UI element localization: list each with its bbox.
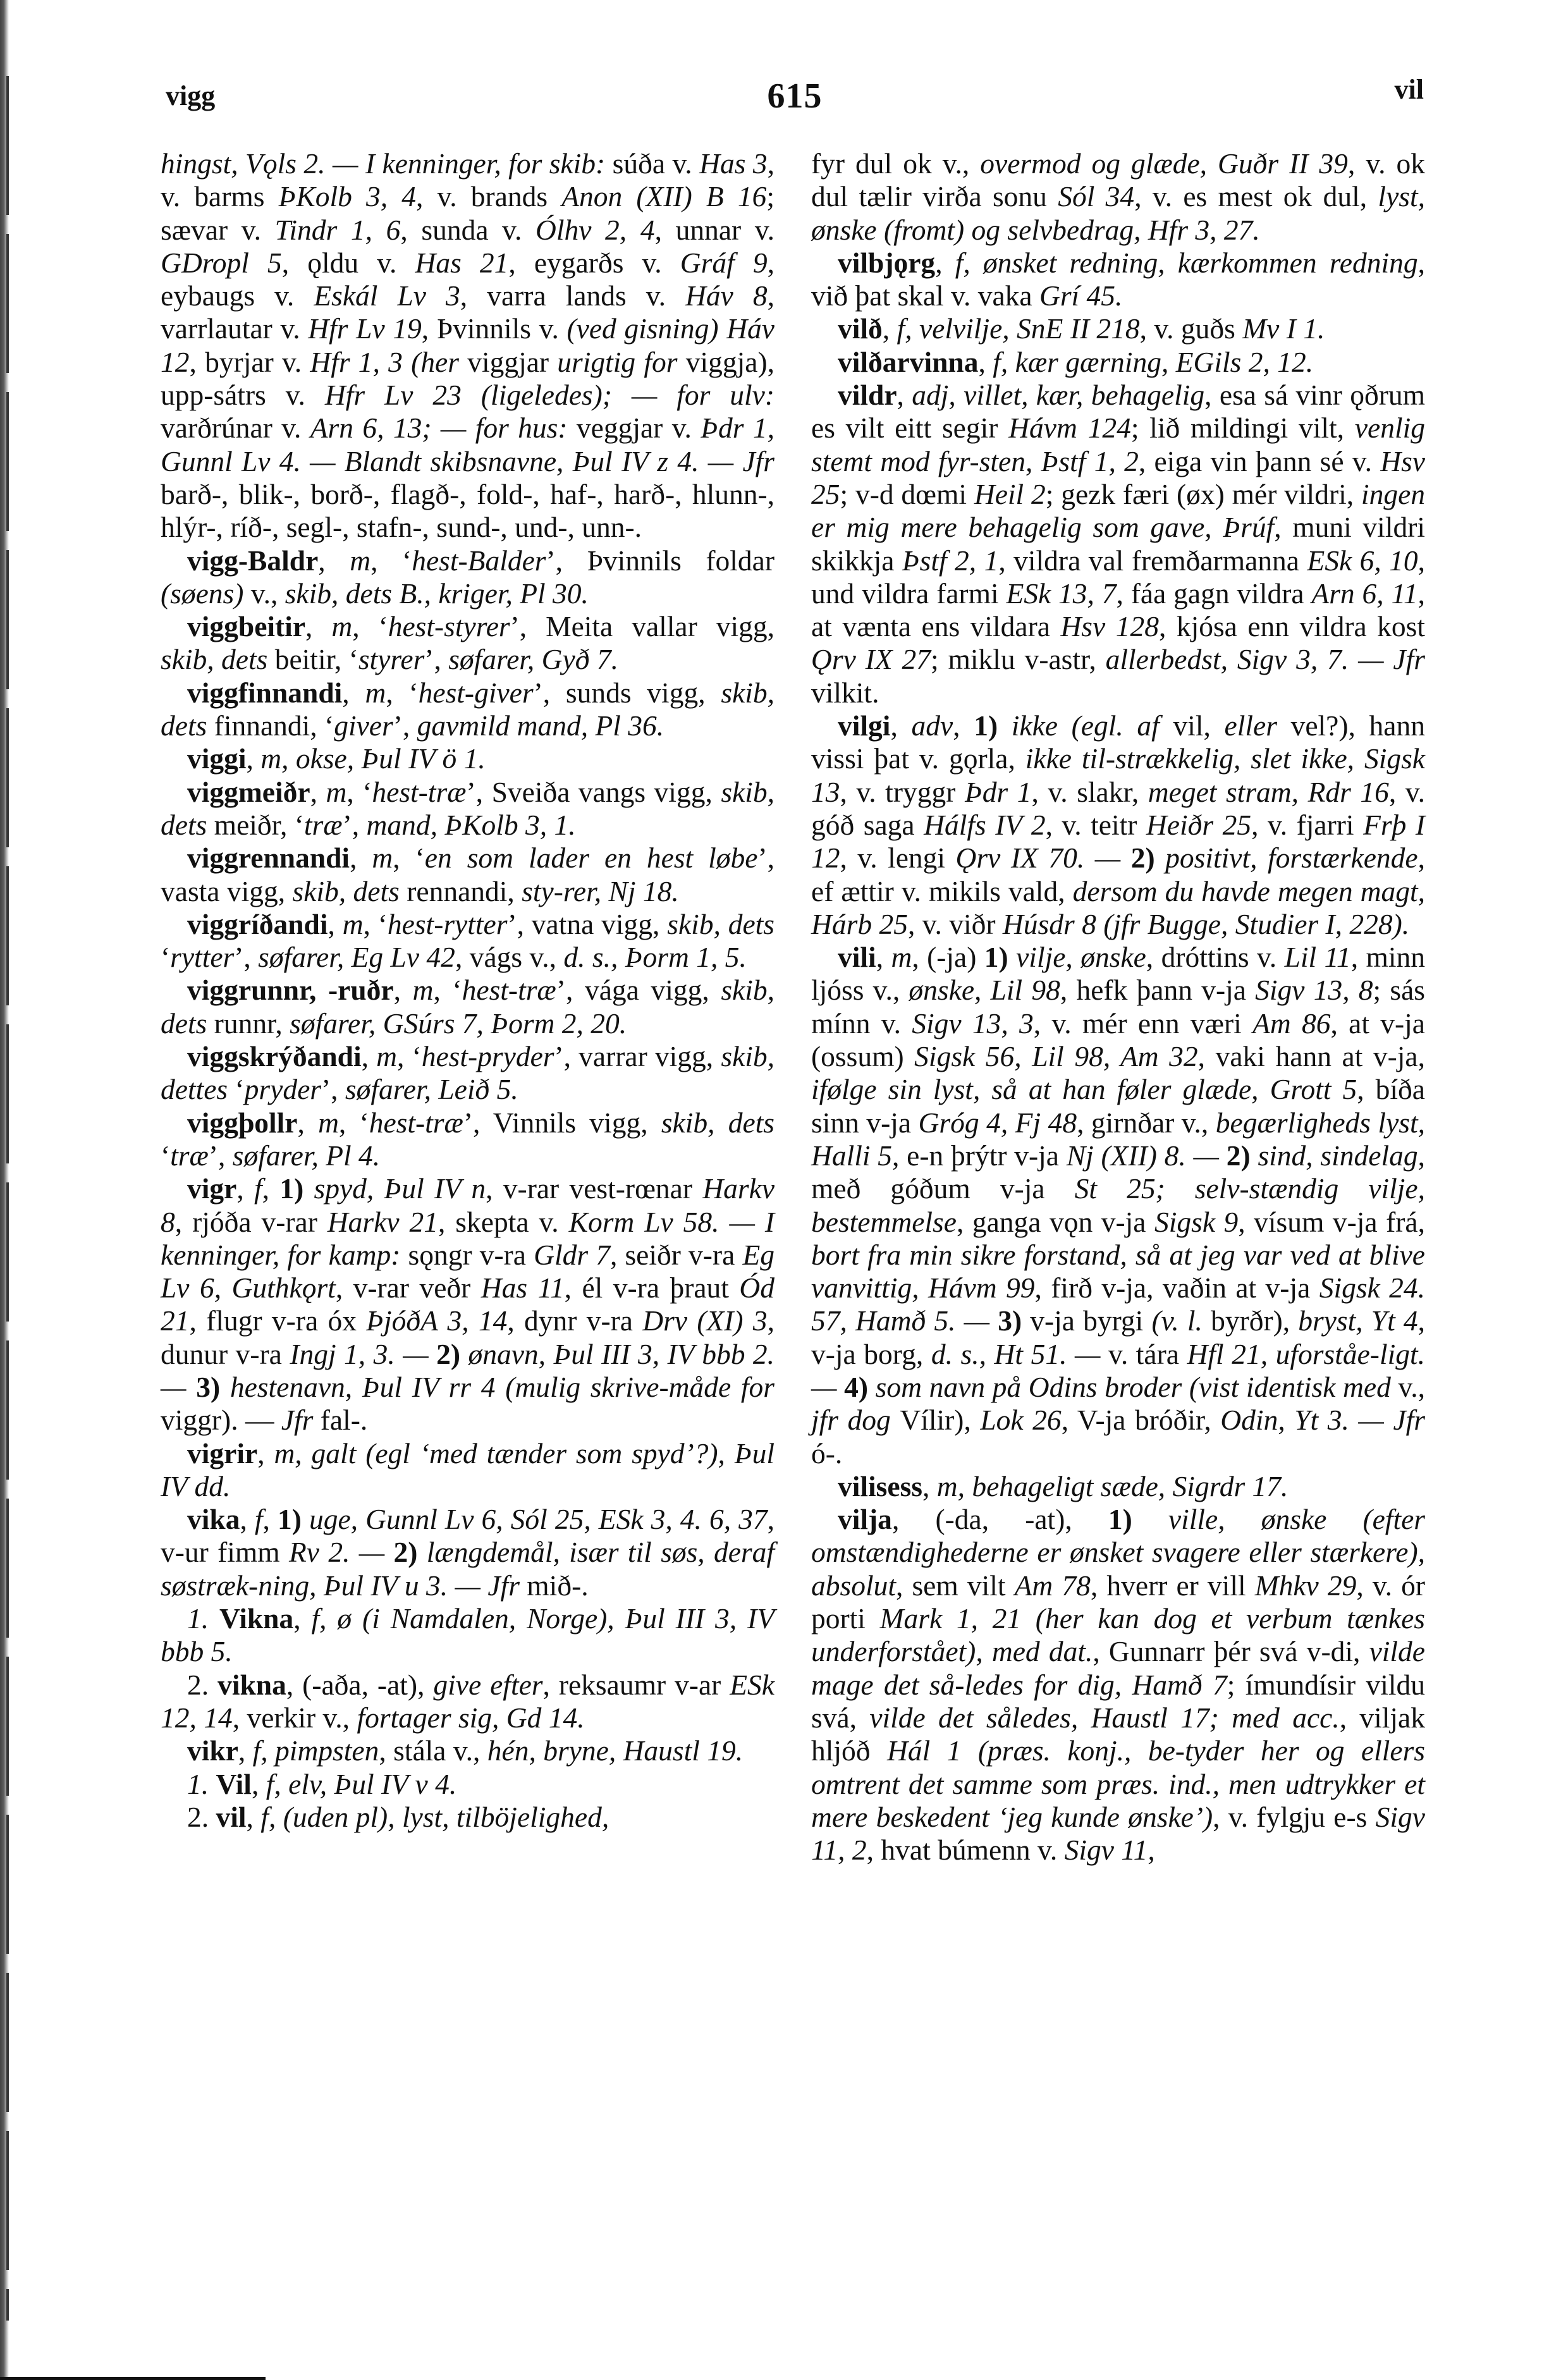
citation-text: , ‘ xyxy=(346,776,372,808)
citation-text: , xyxy=(252,1768,266,1800)
headword: 2) xyxy=(394,1536,418,1568)
italic-gloss: gavmild mand, Pl 36. xyxy=(417,709,664,742)
citation-text: , ‘ xyxy=(386,677,418,709)
italic-gloss: Hfr Lv 19 xyxy=(308,312,422,345)
citation-text: , xyxy=(310,776,326,808)
italic-gloss: ikke (egl. af xyxy=(1012,709,1173,742)
italic-gloss: Drv (XI) 3 xyxy=(642,1304,767,1337)
italic-gloss: ÞjóðA 3, 14 xyxy=(366,1304,507,1337)
dictionary-entry: vilgi, adv, 1) ikke (egl. af vil, eller … xyxy=(811,709,1425,941)
citation-text: , v-rar vest-rœnar xyxy=(486,1172,702,1205)
italic-gloss: Sigsk 9 xyxy=(1154,1206,1238,1238)
citation-text: v. tára xyxy=(1108,1338,1187,1370)
italic-gloss: Gráf 9 xyxy=(680,247,768,279)
italic-gloss: Arn 6, 13; — for hus: xyxy=(310,412,577,444)
citation-text: ’, Vinnils vigg, xyxy=(463,1107,661,1139)
citation-text: , xyxy=(876,941,891,973)
italic-gloss: Lil 11 xyxy=(1285,941,1351,973)
citation-text: , vildra val fremðarmanna xyxy=(998,544,1307,577)
italic-gloss: træ xyxy=(304,809,343,841)
citation-text: ’, varrar vigg, xyxy=(554,1040,721,1072)
italic-gloss: Háv 8 xyxy=(685,279,768,312)
citation-text: , hefk þann v-ja xyxy=(1060,974,1255,1006)
dictionary-entry: viggrennandi, m, ‘en som lader en hest l… xyxy=(161,842,774,908)
citation-text: 2. xyxy=(187,1801,216,1833)
citation-text: v-ja byrgi xyxy=(1022,1304,1151,1337)
headword: 1) xyxy=(974,709,998,742)
headword: viggríðandi xyxy=(187,908,328,940)
italic-gloss: hestenavn, Þul IV rr 4 (mulig skrive-måd… xyxy=(230,1371,774,1403)
italic-gloss: Sigv 13, 8 xyxy=(1255,974,1373,1006)
citation-text: , xyxy=(897,379,912,411)
headword: viggi xyxy=(187,742,247,775)
citation-text: , v. mér enn væri xyxy=(1034,1007,1252,1040)
headword: 2) xyxy=(1131,842,1155,874)
citation-text: , ‘ xyxy=(397,1040,422,1072)
italic-gloss: Has 3 xyxy=(699,147,768,180)
italic-gloss: jfr dog xyxy=(811,1404,900,1436)
citation-text: , rjóða v-rar xyxy=(175,1206,328,1238)
italic-gloss: overmod og glæde, Guðr II 39 xyxy=(980,147,1348,180)
citation-text xyxy=(868,1371,876,1403)
italic-gloss: sty-rer, Nj 18. xyxy=(522,875,679,907)
citation-text: , v. guðs xyxy=(1140,312,1243,345)
citation-text: , ‘ xyxy=(339,1107,369,1139)
italic-gloss: adj, villet, kær, behagelig xyxy=(912,379,1204,411)
italic-gloss: Sigv 13, 3 xyxy=(912,1007,1034,1040)
italic-gloss: Am 78 xyxy=(1015,1569,1091,1602)
dictionary-entry: vili, m, (-ja) 1) vilje, ønske, dróttins… xyxy=(811,941,1425,1470)
italic-gloss: Tindr 1, 6 xyxy=(275,214,401,246)
italic-gloss: m xyxy=(365,677,386,709)
citation-text: , skepta v. xyxy=(438,1206,569,1238)
italic-gloss: GDropl 5 xyxy=(161,247,282,279)
citation-text: , (-ja) xyxy=(912,941,984,973)
citation-text xyxy=(1132,1503,1168,1535)
italic-gloss: Mv I 1. xyxy=(1242,312,1325,345)
italic-gloss: skib, dets xyxy=(661,1107,774,1139)
citation-text: , xyxy=(240,1503,254,1535)
italic-gloss: eller xyxy=(1225,709,1291,742)
entry-continuation: fyr dul ok v., overmod og glæde, Guðr II… xyxy=(811,147,1425,247)
citation-text xyxy=(1251,1139,1258,1172)
right-column: fyr dul ok v., overmod og glæde, Guðr II… xyxy=(811,147,1425,1867)
headword: vildr xyxy=(838,379,897,411)
citation-text: , xyxy=(394,974,413,1006)
italic-gloss: Þdr 1 xyxy=(965,776,1032,808)
citation-text: , xyxy=(890,709,911,742)
headword: 1) xyxy=(1108,1503,1132,1535)
italic-gloss: m, behageligt sæde, Sigrdr 17. xyxy=(937,1470,1289,1502)
italic-gloss: Gróg 4, Fj 48 xyxy=(919,1107,1077,1139)
citation-text: veggjar v. xyxy=(577,412,701,444)
citation-text: , xyxy=(978,346,993,378)
italic-gloss: adv xyxy=(911,709,953,742)
headword: viggskrýðandi xyxy=(187,1040,362,1072)
citation-text: finnandi, ‘ xyxy=(214,709,334,742)
citation-text: beitir, ‘ xyxy=(275,643,358,675)
citation-text: , unnar v. xyxy=(655,214,774,246)
italic-gloss: ESk 6, 10 xyxy=(1307,544,1417,577)
citation-text xyxy=(460,1338,468,1370)
italic-gloss: urigtig for xyxy=(557,346,685,378)
italic-gloss: hest-giver xyxy=(419,677,534,709)
citation-text: , él v-ra þraut xyxy=(565,1272,740,1304)
citation-text: , flugr v-ra óx xyxy=(190,1304,367,1337)
citation-text: ’, vága vigg, xyxy=(556,974,721,1006)
citation-text: , xyxy=(935,247,955,279)
citation-text: , ‘ xyxy=(393,842,425,874)
citation-text: , varra lands v. xyxy=(460,279,685,312)
headword: viggrennandi xyxy=(187,842,350,874)
italic-gloss: Grí 45. xyxy=(1039,279,1122,312)
italic-gloss: Eskál Lv 3 xyxy=(314,279,460,312)
citation-text: ’, xyxy=(321,1073,345,1105)
citation-text: rennandi, xyxy=(407,875,522,907)
italic-gloss: f, ønsket redning, kærkommen redning xyxy=(955,247,1418,279)
headword: 3) xyxy=(998,1304,1022,1337)
citation-text: , hvat búmenn v. xyxy=(867,1834,1065,1866)
italic-gloss: hest-pryder xyxy=(422,1040,554,1072)
italic-gloss: en som lader en hest løbe xyxy=(425,842,758,874)
dictionary-entry: viggfinnandi, m, ‘hest-giver’, sunds vig… xyxy=(161,677,774,743)
citation-text: , ‘ xyxy=(370,544,412,577)
citation-text: ’, xyxy=(424,643,448,675)
citation-text: mið-. xyxy=(527,1569,588,1602)
dictionary-entry: vilð, f, velvilje, SnE II 218, v. guðs M… xyxy=(811,312,1425,345)
headword: 1) xyxy=(984,941,1008,973)
citation-text: ’, Sveiða vangs vigg, xyxy=(467,776,721,808)
citation-text: ’, Meita vallar vigg, xyxy=(510,610,774,642)
headword: viggbeitir xyxy=(187,610,305,642)
citation-text: , seiðr v-ra xyxy=(610,1239,742,1271)
italic-gloss: f xyxy=(254,1172,262,1205)
citation-text: , Þvinnils v. xyxy=(422,312,567,345)
italic-gloss: giver xyxy=(334,709,393,742)
italic-gloss: pryder xyxy=(245,1073,321,1105)
headword: vikr xyxy=(187,1734,238,1767)
headword: vigrir xyxy=(187,1437,257,1469)
italic-gloss: hest-træ xyxy=(462,974,556,1006)
headword: vil xyxy=(216,1801,247,1833)
headword: viggrunnr, -ruðr xyxy=(187,974,394,1006)
citation-text xyxy=(220,1371,230,1403)
citation-text xyxy=(998,709,1012,742)
citation-text: ’, xyxy=(209,1139,233,1172)
italic-gloss: skib, dets xyxy=(667,908,774,940)
citation-text: , xyxy=(247,742,261,775)
dictionary-entry: 1. Vikna, f, ø (i Namdalen, Norge), Þul … xyxy=(161,1602,774,1669)
headword: 1) xyxy=(278,1503,302,1535)
citation-text: , sunda v. xyxy=(400,214,536,246)
italic-gloss: m xyxy=(326,776,346,808)
italic-gloss: give efter xyxy=(433,1669,542,1701)
italic-gloss: Sól 34 xyxy=(1058,180,1134,212)
italic-gloss: Gldr 7 xyxy=(534,1239,610,1271)
dictionary-entry: 2. vil, f, (uden pl), lyst, tilböjelighe… xyxy=(161,1801,774,1834)
italic-gloss: rytter xyxy=(170,941,234,973)
italic-gloss: Ingj 1, 3. — xyxy=(290,1338,436,1370)
italic-gloss: mand, ÞKolb 3, 1. xyxy=(367,809,576,841)
italic-gloss: Harkv 21 xyxy=(328,1206,438,1238)
citation-text: , ǫldu v. xyxy=(282,247,415,279)
citation-text: , xyxy=(293,1602,311,1635)
citation-text: ’, sunds vigg, xyxy=(534,677,721,709)
dictionary-entry: vilðarvinna, f, kær gærning, EGils 2, 12… xyxy=(811,346,1425,379)
italic-gloss: m xyxy=(318,1107,339,1139)
italic-gloss: 1. xyxy=(187,1768,216,1800)
citation-text: , e-n þrýtr v-ja xyxy=(892,1139,1067,1172)
citation-text: runnr, xyxy=(214,1007,290,1040)
italic-gloss: m xyxy=(343,908,364,940)
citation-text: v., xyxy=(1398,1371,1425,1403)
italic-gloss: hest-styrer xyxy=(388,610,510,642)
dictionary-entry: viggrunnr, -ruðr, m, ‘hest-træ’, vága vi… xyxy=(161,974,774,1040)
citation-text: , ‘ xyxy=(364,908,388,940)
headword: 3) xyxy=(196,1371,220,1403)
italic-gloss: ønske, Lil 98 xyxy=(909,974,1060,1006)
italic-gloss: m xyxy=(372,842,393,874)
citation-text: , v. brands xyxy=(416,180,561,212)
dictionary-entry: vilbjǫrg, f, ønsket redning, kærkommen r… xyxy=(811,247,1425,313)
citation-text: ‘ xyxy=(235,1073,245,1105)
citation-text: sǫngr v-ra xyxy=(408,1239,534,1271)
dictionary-entry: viggi, m, okse, Þul IV ö 1. xyxy=(161,742,774,775)
citation-text: fyr dul ok v., xyxy=(811,147,980,180)
italic-gloss: Hfr 1, 3 (her xyxy=(310,346,467,378)
italic-gloss: Am 86 xyxy=(1252,1007,1330,1040)
citation-text: , xyxy=(342,677,365,709)
citation-text: v., xyxy=(251,577,285,610)
citation-text: ’, xyxy=(234,941,258,973)
headword: vika xyxy=(187,1503,240,1535)
citation-text: ’, vatna vigg, xyxy=(507,908,667,940)
italic-gloss: ESk 13, 7 xyxy=(1006,577,1116,610)
italic-gloss: f, pimpsten xyxy=(253,1734,379,1767)
headword: vigg-Baldr xyxy=(187,544,318,577)
italic-gloss: f, (uden pl), lyst, tilböjelighed, xyxy=(260,1801,609,1833)
citation-text: ’, xyxy=(343,809,367,841)
italic-gloss: vilde det således, Haustl 17; med acc. xyxy=(869,1702,1339,1734)
citation-text: , (-da, -at), xyxy=(892,1503,1108,1535)
citation-text: , xyxy=(262,1172,280,1205)
page-header: vigg 615 vil xyxy=(166,71,1424,128)
italic-gloss: ÞKolb 3, 4 xyxy=(279,180,416,212)
dictionary-entry: viggbeitir, m, ‘hest-styrer’, Meita vall… xyxy=(161,610,774,677)
dictionary-entry: viggríðandi, m, ‘hest-rytter’, vatna vig… xyxy=(161,908,774,974)
dictionary-entry: vigrir, m, galt (egl ‘med tænder som spy… xyxy=(161,1437,774,1504)
citation-text xyxy=(417,1536,426,1568)
italic-gloss: f xyxy=(255,1503,263,1535)
headword: viggfinnandi xyxy=(187,677,342,709)
italic-gloss: Heil 2 xyxy=(974,478,1046,510)
italic-gloss: Arn 6, 11 xyxy=(1311,577,1417,610)
citation-text: , v. tryggr xyxy=(840,776,965,808)
citation-text: , xyxy=(247,1801,261,1833)
citation-text: ; lið mildingi vilt, xyxy=(1131,412,1355,444)
italic-gloss: vilje, ønske xyxy=(1016,941,1146,973)
dictionary-entry: vika, f, 1) uge, Gunnl Lv 6, Sól 25, ESk… xyxy=(161,1503,774,1602)
citation-text: , v. viðr xyxy=(908,908,1003,940)
italic-gloss: Sigsk 56, Lil 98, Am 32 xyxy=(914,1040,1198,1072)
citation-text: , ‘ xyxy=(352,610,388,642)
citation-text: , vísum v-ja frá, xyxy=(1238,1206,1425,1238)
citation-text: , xyxy=(236,1172,254,1205)
citation-text xyxy=(302,1503,309,1535)
citation-text: , xyxy=(350,842,372,874)
italic-gloss: f, elv, Þul IV v 4. xyxy=(266,1768,457,1800)
citation-text: , v. slakr, xyxy=(1032,776,1148,808)
italic-gloss: m, okse, Þul IV ö 1. xyxy=(260,742,486,775)
italic-gloss: allerbedst, Sigv 3, 7. — Jfr xyxy=(1106,643,1425,675)
citation-text: fal-. xyxy=(321,1404,368,1436)
italic-gloss: d. s., Þorm 1, 5. xyxy=(563,941,746,973)
citation-text: , xyxy=(318,544,350,577)
italic-gloss: uge, Gunnl Lv 6, Sól 25, ESk 3, 4. 6, 37 xyxy=(309,1503,768,1535)
citation-text: , sem vilt xyxy=(896,1569,1015,1602)
left-column: hingst, Vǫls 2. — I kenninger, for skib:… xyxy=(161,147,774,1867)
dictionary-columns: hingst, Vǫls 2. — I kenninger, for skib:… xyxy=(161,147,1425,1867)
italic-gloss: Has 21 xyxy=(415,247,509,279)
citation-text: , v. teitr xyxy=(1046,809,1146,841)
dictionary-entry: viggmeiðr, m, ‘hest-træ’, Sveiða vangs v… xyxy=(161,776,774,842)
italic-gloss: ifølge sin lyst, så at han føler glæde, … xyxy=(811,1073,1357,1105)
italic-gloss: Húsdr 8 (jfr Bugge, Studier I, 228). xyxy=(1003,908,1409,940)
italic-gloss: (søens) xyxy=(161,577,251,610)
italic-gloss: f, velvilje, SnE II 218 xyxy=(897,312,1140,345)
headword: vilja xyxy=(838,1503,892,1535)
italic-gloss: m xyxy=(350,544,370,577)
citation-text: , vágs v., xyxy=(455,941,563,973)
italic-gloss: bryst, Yt 4 xyxy=(1298,1304,1417,1337)
italic-gloss: positivt, forstærkende xyxy=(1165,842,1417,874)
citation-text: ó-. xyxy=(811,1437,842,1469)
citation-text: ’, Þvinnils foldar xyxy=(546,544,775,577)
italic-gloss: 1. xyxy=(187,1602,219,1635)
headword: vikna xyxy=(217,1669,286,1701)
italic-gloss: skib, dets xyxy=(293,875,407,907)
italic-gloss: spyd, Þul IV n xyxy=(314,1172,486,1205)
citation-text: barð-, blik-, borð-, flagð-, fold-, haf-… xyxy=(161,478,774,543)
italic-gloss: Odin, Yt 3. — Jfr xyxy=(1220,1404,1425,1436)
italic-gloss: d. s., Ht 51. — xyxy=(931,1338,1108,1370)
citation-text xyxy=(1155,842,1166,874)
citation-text: 2. xyxy=(187,1669,217,1701)
citation-text: , hverr er vill xyxy=(1091,1569,1255,1602)
dictionary-entry: 2. vikna, (-aða, -at), give efter, reksa… xyxy=(161,1669,774,1735)
italic-gloss: Hfr Lv 23 (ligeledes); — for ulv: xyxy=(325,379,774,411)
citation-text: , xyxy=(263,1503,278,1535)
dictionary-entry: vilisess, m, behageligt sæde, Sigrdr 17. xyxy=(811,1470,1425,1503)
citation-text: , dróttins v. xyxy=(1146,941,1285,973)
italic-gloss: fortager sig, Gd 14. xyxy=(357,1702,584,1734)
citation-text: , xyxy=(953,709,974,742)
headword: vilð xyxy=(838,312,883,345)
citation-text: , dynr v-ra xyxy=(507,1304,642,1337)
italic-gloss: m xyxy=(413,974,434,1006)
citation-text xyxy=(303,1172,314,1205)
citation-text: súða v. xyxy=(613,147,699,180)
headword: 2) xyxy=(436,1338,460,1370)
headword: viggþollr xyxy=(187,1107,297,1139)
scan-binding-edge xyxy=(0,0,21,2380)
italic-gloss: søfarer, Eg Lv 42 xyxy=(258,941,455,973)
citation-text: , xyxy=(362,1040,377,1072)
italic-gloss: (v. l. xyxy=(1151,1304,1211,1337)
citation-text: , stála v., xyxy=(379,1734,487,1767)
headword: 4) xyxy=(844,1371,868,1403)
citation-text xyxy=(1008,941,1016,973)
dictionary-entry: vilja, (-da, -at), 1) ville, ønske (efte… xyxy=(811,1503,1425,1867)
italic-gloss: hén, bryne, Haustl 19. xyxy=(487,1734,743,1767)
citation-text: , v-rar veðr xyxy=(336,1272,481,1304)
italic-gloss: Nj (XII) 8. — xyxy=(1067,1139,1227,1172)
italic-gloss: Ólhv 2, 4 xyxy=(536,214,655,246)
citation-text: , eygarðs v. xyxy=(508,247,680,279)
citation-text: viggjar xyxy=(467,346,557,378)
headword: 1) xyxy=(279,1172,303,1205)
citation-text: ’, xyxy=(393,709,417,742)
citation-text: varðrúnar v. xyxy=(161,412,310,444)
citation-text: , reksaumr v-ar xyxy=(543,1669,730,1701)
citation-text: , xyxy=(328,908,342,940)
headword: 2) xyxy=(1227,1139,1251,1172)
citation-text: , v. lengi xyxy=(840,842,956,874)
italic-gloss: Anon (XII) B 16 xyxy=(561,180,766,212)
citation-text: byrðr), xyxy=(1211,1304,1298,1337)
italic-gloss: styrer xyxy=(358,643,424,675)
italic-gloss: søfarer, Gyð 7. xyxy=(448,643,618,675)
italic-gloss: Jfr xyxy=(281,1404,321,1436)
citation-text: , girnðar v., xyxy=(1077,1107,1216,1139)
dictionary-entry: vigr, f, 1) spyd, Þul IV n, v-rar vest-r… xyxy=(161,1172,774,1437)
italic-gloss: hest-Balder xyxy=(412,544,546,577)
dictionary-entry: vildr, adj, villet, kær, behagelig, esa … xyxy=(811,379,1425,709)
italic-gloss: m xyxy=(376,1040,397,1072)
italic-gloss: Heiðr 25 xyxy=(1146,809,1251,841)
italic-gloss: Lok 26 xyxy=(980,1404,1061,1436)
dictionary-entry: vigg-Baldr, m, ‘hest-Balder’, Þvinnils f… xyxy=(161,544,774,611)
citation-text: , v. es mest ok dul, xyxy=(1134,180,1378,212)
citation-text: , xyxy=(257,1437,274,1469)
headword: vilbjǫrg xyxy=(838,247,935,279)
italic-gloss: Sigv 11, xyxy=(1065,1834,1155,1866)
citation-text: ; v-d dœmi xyxy=(840,478,974,510)
headword: vili xyxy=(838,941,876,973)
citation-text: ‘ xyxy=(161,1139,170,1172)
italic-gloss: som navn på Odins broder (vist identisk … xyxy=(876,1371,1399,1403)
citation-text: , xyxy=(297,1107,318,1139)
italic-gloss: sind, sindelag xyxy=(1258,1139,1417,1172)
citation-text: , Gunnarr þér svá v-di, xyxy=(1093,1635,1369,1667)
italic-gloss: træ xyxy=(170,1139,209,1172)
citation-text: meiðr, ‘ xyxy=(214,809,304,841)
italic-gloss: f, kær gærning, EGils 2, 12. xyxy=(993,346,1313,378)
italic-gloss: Þstf 2, 1 xyxy=(902,544,999,577)
citation-text: , xyxy=(883,312,897,345)
italic-gloss: m xyxy=(891,941,912,973)
italic-gloss: meget stram, Rdr 16 xyxy=(1148,776,1389,808)
citation-text: viggr). — xyxy=(161,1404,281,1436)
headword: vilgi xyxy=(838,709,890,742)
headword: viggmeiðr xyxy=(187,776,310,808)
italic-gloss: Hálfs IV 2 xyxy=(924,809,1045,841)
italic-gloss: Ǫrv IX 70. — xyxy=(956,842,1131,874)
headword: vigr xyxy=(187,1172,236,1205)
headword: Vikna xyxy=(219,1602,293,1635)
entry-continuation: hingst, Vǫls 2. — I kenninger, for skib:… xyxy=(161,147,774,544)
headword: vilisess xyxy=(838,1470,922,1502)
